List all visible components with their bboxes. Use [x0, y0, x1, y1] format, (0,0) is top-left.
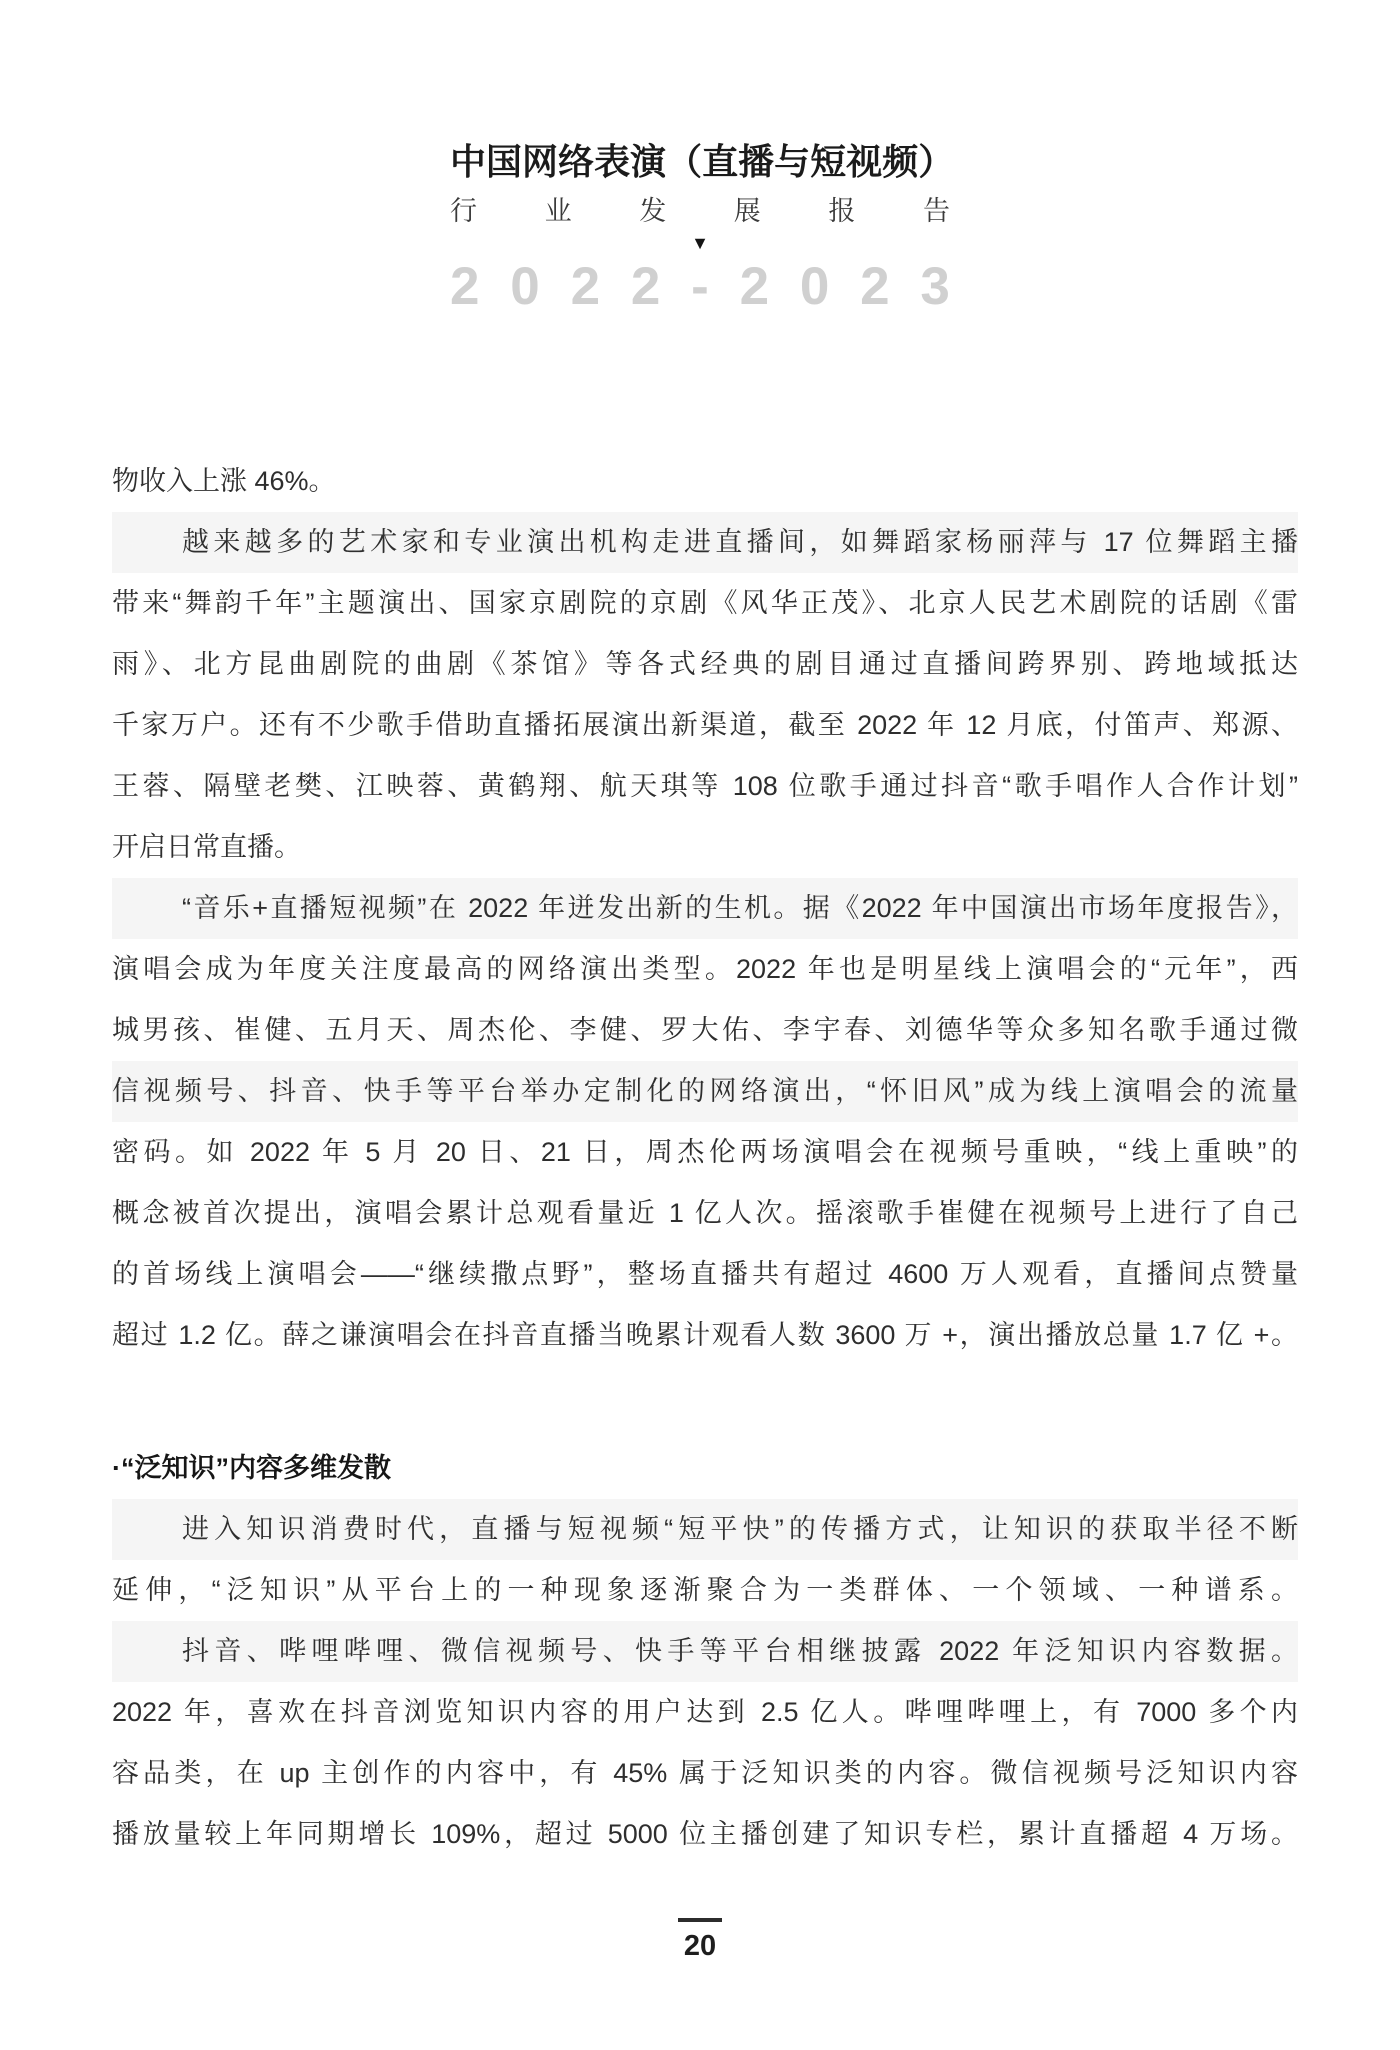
body-line: 概念被首次提出，演唱会累计总观看量近 1 亿人次。摇滚歌手崔健在视频号上进行了自…	[112, 1183, 1298, 1244]
page-number-rule	[678, 1918, 722, 1922]
body-line: 信视频号、抖音、快手等平台举办定制化的网络演出，“怀旧风”成为线上演唱会的流量	[112, 1061, 1298, 1122]
body-line: 带来“舞韵千年”主题演出、国家京剧院的京剧《风华正茂》、北京人民艺术剧院的话剧《…	[112, 573, 1298, 634]
body-line: 2022 年，喜欢在抖音浏览知识内容的用户达到 2.5 亿人。哔哩哔哩上，有 7…	[112, 1682, 1298, 1743]
body-line: 容品类，在 up 主创作的内容中，有 45% 属于泛知识类的内容。微信视频号泛知…	[112, 1743, 1298, 1804]
body-line: 开启日常直播。	[112, 817, 1298, 878]
body-line: 的首场线上演唱会——“继续撒点野”，整场直播共有超过 4600 万人观看，直播间…	[112, 1244, 1298, 1305]
body-line: 超过 1.2 亿。薛之谦演唱会在抖音直播当晚累计观看人数 3600 万 +，演出…	[112, 1305, 1298, 1366]
report-years: 2022-2023	[450, 258, 950, 316]
report-title: 中国网络表演（直播与短视频）	[450, 138, 950, 186]
body-line: 千家万户。还有不少歌手借助直播拓展演出新渠道，截至 2022 年 12 月底，付…	[112, 695, 1298, 756]
body-line: 进入知识消费时代，直播与短视频“短平快”的传播方式，让知识的获取半径不断	[112, 1499, 1298, 1560]
body-line: 物收入上涨 46%。	[112, 451, 1298, 512]
body-line: 王蓉、隔壁老樊、江映蓉、黄鹤翔、航天琪等 108 位歌手通过抖音“歌手唱作人合作…	[112, 756, 1298, 817]
report-header: 中国网络表演（直播与短视频） 行业发展报告 ▼ 2022-2023	[450, 138, 950, 316]
page-footer: 20	[0, 1918, 1400, 1961]
body-line: 城男孩、崔健、五月天、周杰伦、李健、罗大佑、李宇春、刘德华等众多知名歌手通过微	[112, 1000, 1298, 1061]
body-line: 雨》、北方昆曲剧院的曲剧《茶馆》等各式经典的剧目通过直播间跨界别、跨地域抵达	[112, 634, 1298, 695]
body-line: 密码。如 2022 年 5 月 20 日、21 日，周杰伦两场演唱会在视频号重映…	[112, 1122, 1298, 1183]
body-line: 越来越多的艺术家和专业演出机构走进直播间，如舞蹈家杨丽萍与 17 位舞蹈主播	[112, 512, 1298, 573]
page-number: 20	[0, 1932, 1400, 1961]
body-line: 播放量较上年同期增长 109%，超过 5000 位主播创建了知识专栏，累计直播超…	[112, 1804, 1298, 1865]
down-triangle-icon: ▼	[450, 234, 950, 252]
body-text: 物收入上涨 46%。 越来越多的艺术家和专业演出机构走进直播间，如舞蹈家杨丽萍与…	[112, 451, 1298, 1865]
body-line: 延伸，“泛知识”从平台上的一种现象逐渐聚合为一类群体、一个领域、一种谱系。	[112, 1560, 1298, 1621]
section-heading: ·“泛知识”内容多维发散	[112, 1438, 1298, 1499]
body-line: 抖音、哔哩哔哩、微信视频号、快手等平台相继披露 2022 年泛知识内容数据。	[112, 1621, 1298, 1682]
report-subtitle: 行业发展报告	[450, 194, 950, 228]
body-line: 演唱会成为年度关注度最高的网络演出类型。2022 年也是明星线上演唱会的“元年”…	[112, 939, 1298, 1000]
body-line: “音乐+直播短视频”在 2022 年迸发出新的生机。据《2022 年中国演出市场…	[112, 878, 1298, 939]
report-page: 中国网络表演（直播与短视频） 行业发展报告 ▼ 2022-2023 物收入上涨 …	[0, 0, 1400, 2050]
